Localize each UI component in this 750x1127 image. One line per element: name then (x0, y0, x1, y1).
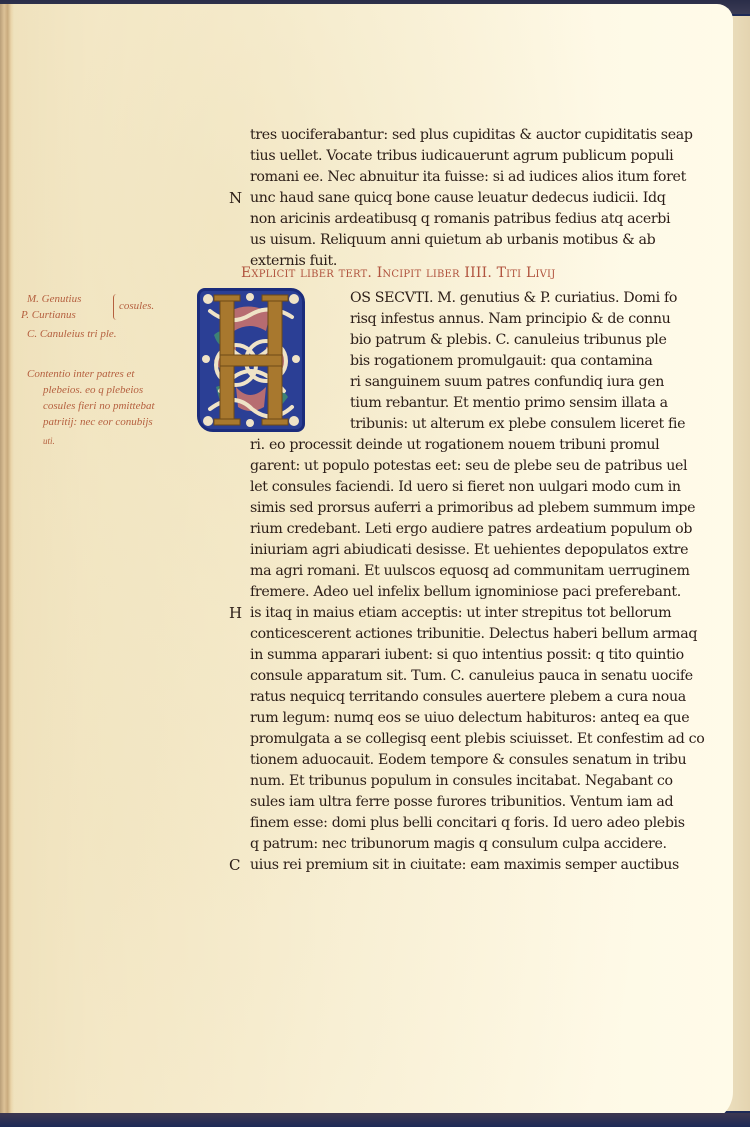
text-line: Nunc haud sane quicq bone cause leuatur … (250, 188, 665, 208)
marginal-note-line: cosules fieri no pmittebat (43, 399, 155, 413)
text-line: risq infestus annus. Nam principio & de … (350, 309, 670, 329)
text-line: ratus nequicq territando consules auerte… (250, 687, 686, 707)
text-line: tium rebantur. Et mentio primo sensim il… (350, 393, 668, 413)
marginal-note-line: uti. (43, 434, 55, 448)
text-line: rium credebant. Leti ergo audiere patres… (250, 519, 692, 539)
text-line: tius uellet. Vocate tribus iudicauerunt … (250, 146, 673, 166)
text-line: romani ee. Nec abnuitur ita fuisse: si a… (250, 167, 686, 187)
text-line: q patrum: nec tribunorum magis q consulu… (250, 834, 667, 854)
text-line: garent: ut populo potestas eet: seu de p… (250, 456, 687, 476)
text-line: promulgata a se collegisq eent plebis sc… (250, 729, 704, 749)
versal-capital: C (229, 855, 240, 875)
illuminated-initial (197, 288, 305, 432)
text-line: simis sed prorsus auferri a primoribus a… (250, 498, 695, 518)
marginal-note-line: Contentio inter patres et (27, 367, 134, 381)
binding-gutter (0, 4, 14, 1122)
text-line: fremere. Adeo uel infelix bellum ignomin… (250, 582, 681, 602)
text-line: His itaq in maius etiam acceptis: ut int… (250, 603, 671, 623)
text-line: iniuriam agri abiudicati desisse. Et ueh… (250, 540, 688, 560)
text-line: finem esse: domi plus belli concitari q … (250, 813, 685, 833)
marginal-consuls-label: cosules. (119, 299, 154, 313)
text-line: sules iam ultra ferre posse furores trib… (250, 792, 673, 812)
marginal-note-line: patritij: nec eor conubijs (43, 415, 153, 429)
text-line: in summa apparari iubent: si quo intenti… (250, 645, 684, 665)
text-line: bis rogationem promulgauit: qua contamin… (350, 351, 653, 371)
text-line: us uisum. Reliquum anni quietum ab urban… (250, 230, 655, 250)
text-line: num. Et tribunus populum in consules inc… (250, 771, 673, 791)
text-line: rum legum: numq eos se uiuo delectum hab… (250, 708, 689, 728)
marginal-tribune: C. Canuleius tri ple. (27, 327, 117, 341)
versal-capital: H (229, 603, 242, 623)
text-line: OS SECVTI. M. genutius & P. curiatius. D… (350, 288, 677, 308)
marginal-consul-2: P. Curtianus (21, 308, 76, 322)
text-line: ri. eo processit deinde ut rogationem no… (250, 435, 659, 455)
text-line: tres uociferabantur: sed plus cupiditas … (250, 125, 693, 145)
rubric-heading: Explicit liber tert. Incipit liber IIII.… (241, 263, 555, 283)
text-line: conticescerent actiones tribunitie. Dele… (250, 624, 697, 644)
text-line: ma agri romani. Et uulscos equosq ad com… (250, 561, 690, 581)
background-bottom-edge (0, 1113, 750, 1127)
text-line: tionem aduocauit. Eodem tempore & consul… (250, 750, 686, 770)
text-line: tribunis: ut alterum ex plebe consulem l… (350, 414, 685, 434)
marginal-consul-1: M. Genutius (27, 292, 81, 306)
knotwork-initial-icon (200, 291, 302, 429)
marginal-note-line: plebeios. eo q plebeios (43, 383, 143, 397)
text-line: Cuius rei premium sit in ciuitate: eam m… (250, 855, 679, 875)
text-line: let consules faciendi. Id uero si fieret… (250, 477, 681, 497)
text-line: consule apparatum sit. Tum. C. canuleius… (250, 666, 693, 686)
text-line: ri sanguinem suum patres confundiq iura … (350, 372, 664, 392)
versal-capital: N (229, 188, 242, 208)
text-line: bio patrum & plebis. C. canuleius tribun… (350, 330, 667, 350)
text-line: non aricinis ardeatibusq q romanis patri… (250, 209, 670, 229)
